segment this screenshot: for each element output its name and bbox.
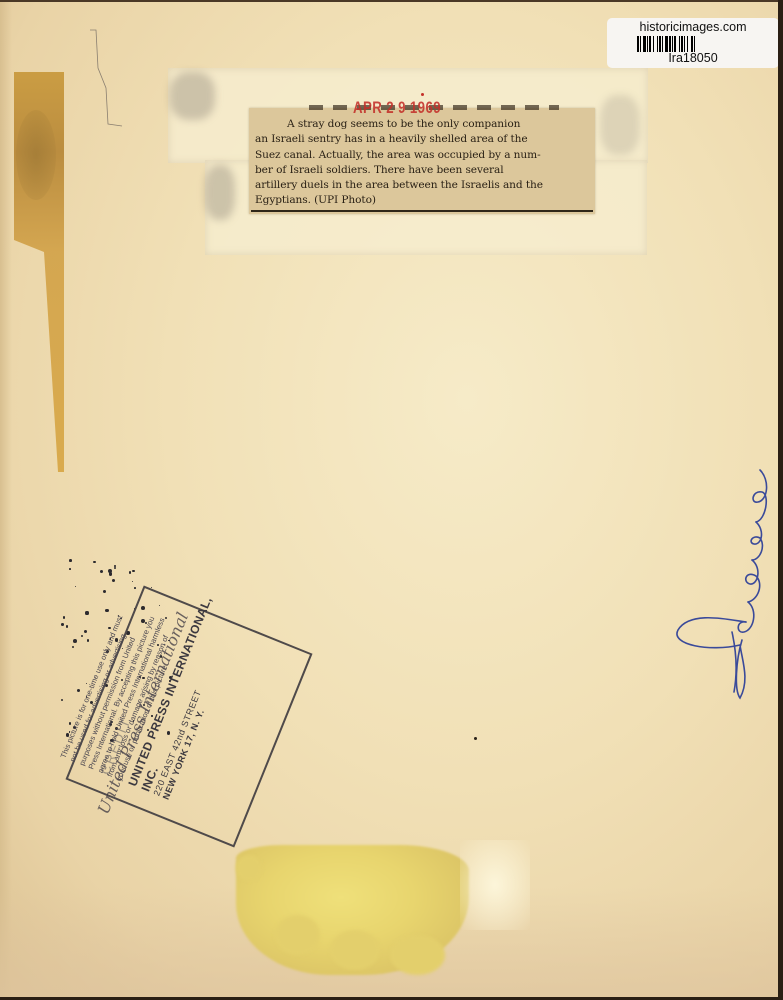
clipping-caption: A stray dog seems to be the only compani…: [255, 117, 591, 209]
ink-speck: [69, 568, 71, 570]
scan-top-border: [0, 0, 783, 2]
handwritten-signature: [670, 460, 780, 710]
label-site: historicimages.com: [607, 20, 779, 34]
paper-left-edge: [0, 0, 12, 997]
tape-smudge: [170, 72, 215, 120]
ink-speck: [61, 623, 64, 626]
ink-speck: [87, 639, 90, 642]
caption-line: ber of Israeli soldiers. There have been…: [255, 163, 591, 178]
ink-speck: [77, 689, 80, 692]
ink-speck: [81, 635, 84, 638]
caption-line: artillery duels in the area between the …: [255, 178, 591, 193]
caption-line: A stray dog seems to be the only compani…: [255, 117, 591, 132]
ink-speck: [105, 609, 108, 612]
ink-speck: [108, 569, 112, 573]
ink-speck: [100, 570, 104, 574]
newspaper-clipping: A stray dog seems to be the only compani…: [249, 108, 595, 214]
scan-right-border: [778, 0, 783, 1000]
tape-smudge: [600, 95, 640, 155]
ink-dot: [474, 737, 477, 740]
ink-dot: [421, 93, 424, 96]
ink-speck: [103, 590, 106, 593]
stamp-text-block: This picture is for one-time use only an…: [59, 566, 301, 823]
glue-stain: [390, 935, 445, 975]
ink-speck: [129, 571, 131, 573]
glue-stain: [275, 915, 320, 955]
clipping-rule: [251, 210, 593, 212]
caption-line: an Israeli sentry has in a heavily shell…: [255, 132, 591, 147]
upi-credit-stamp: CREDIT United Press International This p…: [65, 586, 312, 848]
glue-stain: [330, 930, 380, 970]
ink-speck: [114, 565, 116, 567]
tape-smudge: [205, 165, 235, 220]
ink-speck: [61, 699, 63, 701]
ink-speck: [63, 616, 65, 618]
ink-speck: [93, 561, 96, 564]
tape-stain: [16, 110, 56, 200]
ink-speck: [69, 559, 72, 562]
ink-speck: [84, 630, 87, 633]
ink-speck: [110, 572, 111, 573]
ink-speck: [73, 639, 77, 643]
scan-glare: [460, 840, 530, 930]
pencil-mark: [88, 28, 138, 128]
photo-back-paper: A stray dog seems to be the only compani…: [0, 0, 778, 997]
glue-stain: [236, 855, 262, 881]
caption-line: Suez canal. Actually, the area was occup…: [255, 148, 591, 163]
ink-speck: [75, 586, 76, 587]
ink-speck: [72, 646, 74, 648]
date-stamp: APR 2 9 1969: [353, 98, 441, 118]
ink-speck: [114, 567, 116, 569]
ink-speck: [66, 625, 68, 627]
barcode-label: historicimages.com Ira18050: [607, 18, 779, 68]
ink-speck: [85, 611, 88, 614]
ink-speck: [112, 579, 115, 582]
caption-line: Egyptians. (UPI Photo): [255, 193, 591, 208]
label-code: Ira18050: [607, 51, 779, 65]
barcode-icon: [637, 36, 753, 52]
ink-speck: [109, 572, 113, 576]
